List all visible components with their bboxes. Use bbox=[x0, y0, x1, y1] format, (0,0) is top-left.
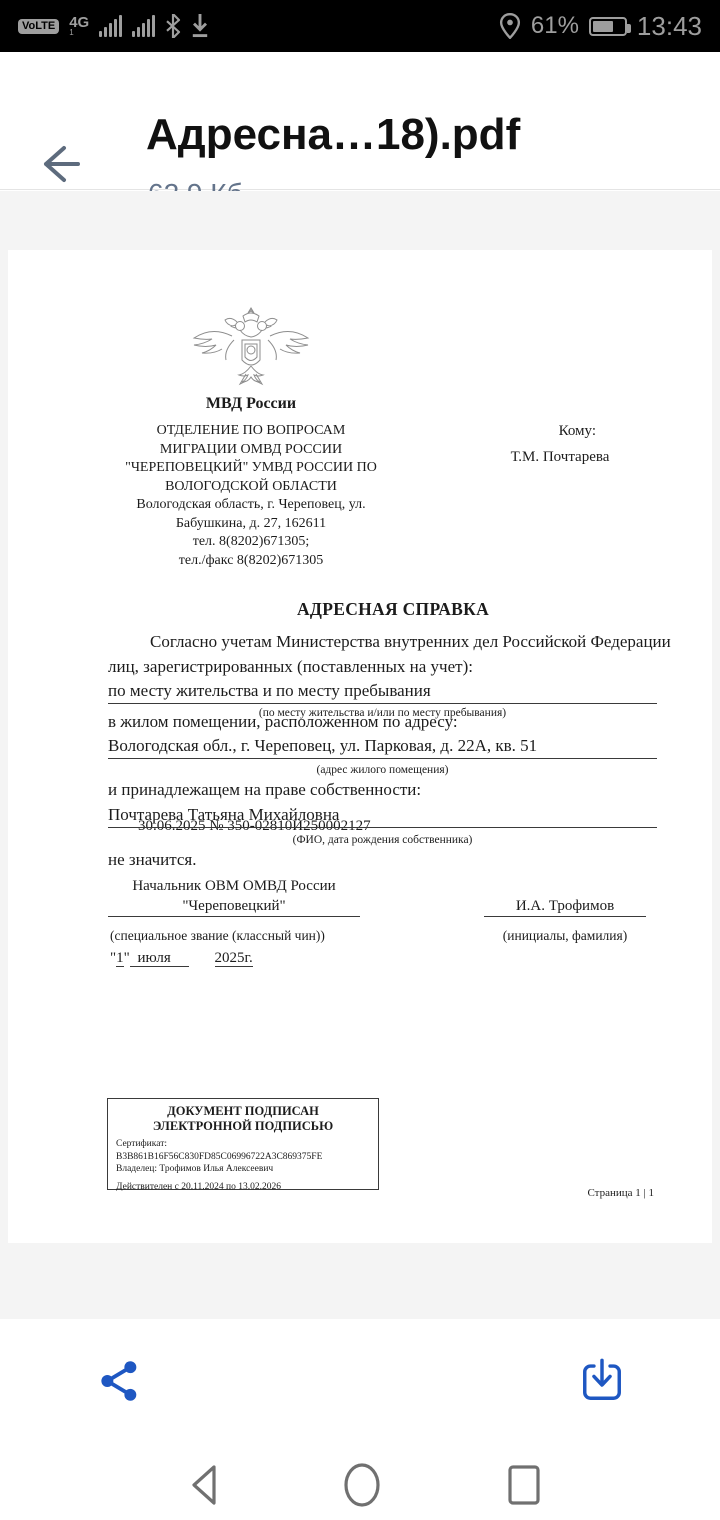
ownership-lead: и принадлежащем на праве собственности: bbox=[108, 780, 421, 800]
location-icon bbox=[499, 13, 521, 39]
signer-position: Начальник ОВМ ОМВД России "Череповецкий" bbox=[108, 874, 360, 917]
sender-line: МИГРАЦИИ ОМВД РОССИИ bbox=[96, 441, 406, 460]
sender-line: ВОЛОГОДСКОЙ ОБЛАСТИ bbox=[96, 478, 406, 497]
download-button[interactable] bbox=[570, 1349, 634, 1413]
address-value: Вологодская обл., г. Череповец, ул. Парк… bbox=[108, 736, 657, 759]
sender-line: Вологодская область, г. Череповец, ул. bbox=[96, 496, 406, 515]
signal-strength-icon-sim1 bbox=[99, 15, 122, 37]
result-text: не значится. bbox=[108, 850, 196, 870]
intro-line-2: лиц, зарегистрированных (поставленных на… bbox=[108, 657, 473, 677]
recipient-label: Кому: bbox=[438, 423, 596, 440]
share-button[interactable] bbox=[88, 1349, 152, 1413]
nav-home-icon bbox=[342, 1461, 382, 1509]
file-title: Адресна…18).pdf bbox=[146, 110, 706, 160]
letterhead-column: МВД России ОТДЕЛЕНИЕ ПО ВОПРОСАМ МИГРАЦИ… bbox=[96, 304, 406, 570]
pdf-page: МВД России ОТДЕЛЕНИЕ ПО ВОПРОСАМ МИГРАЦИ… bbox=[8, 250, 712, 1243]
signer-name: И.А. Трофимов bbox=[484, 874, 646, 917]
sender-line: ОТДЕЛЕНИЕ ПО ВОПРОСАМ bbox=[96, 422, 406, 441]
nav-back-icon bbox=[186, 1462, 220, 1508]
bottom-toolbar bbox=[0, 1319, 720, 1443]
mvd-eagle-emblem-icon bbox=[188, 304, 314, 392]
network-type-icon: 4G 1 bbox=[69, 15, 89, 37]
intro-line-1: Согласно учетам Министерства внутренних … bbox=[150, 632, 671, 652]
document-title: АДРЕСНАЯ СПРАВКА bbox=[108, 599, 678, 620]
emblem-caption: МВД России bbox=[96, 395, 406, 413]
registration-type-value: по месту жительства и по месту пребывани… bbox=[108, 681, 657, 704]
signature-date: "1" июля 2025г. bbox=[110, 950, 253, 967]
nav-recents-icon bbox=[507, 1464, 541, 1506]
signer-position-caption: (специальное звание (классный чин)) bbox=[110, 928, 325, 944]
screen: VoLTE 4G 1 61% 13:43 bbox=[0, 0, 720, 1520]
volte-icon: VoLTE bbox=[18, 19, 59, 34]
esign-cert-value: B3B861B16F56C830FD85C06996722A3C869375FE bbox=[116, 1151, 370, 1164]
sender-line: тел. 8(8202)671305; bbox=[96, 533, 406, 552]
premises-lead: в жилом помещении, расположенном по адре… bbox=[108, 712, 458, 732]
bluetooth-icon bbox=[165, 14, 181, 38]
back-arrow-icon[interactable] bbox=[34, 140, 82, 188]
signer-name-caption: (инициалы, фамилия) bbox=[484, 928, 646, 944]
address-caption: (адрес жилого помещения) bbox=[108, 764, 657, 776]
signal-strength-icon-sim2 bbox=[132, 15, 155, 37]
esign-validity: Действителен с 20.11.2024 по 13.02.2026 bbox=[116, 1182, 370, 1192]
clock: 13:43 bbox=[637, 11, 702, 42]
share-icon bbox=[97, 1358, 143, 1404]
app-header: Адресна…18).pdf 62,9 Кб bbox=[0, 52, 720, 190]
status-bar: VoLTE 4G 1 61% 13:43 bbox=[0, 0, 720, 52]
download-icon bbox=[579, 1358, 625, 1404]
battery-percent: 61% bbox=[531, 12, 579, 40]
sender-line: "ЧЕРЕПОВЕЦКИЙ" УМВД РОССИИ ПО bbox=[96, 459, 406, 478]
nav-home-button[interactable] bbox=[326, 1457, 398, 1513]
esign-cert-label: Сертификат: bbox=[116, 1138, 370, 1151]
recipient-name: Т.М. Почтарева bbox=[480, 449, 640, 466]
sender-line: тел./факс 8(8202)671305 bbox=[96, 552, 406, 571]
esign-title: ДОКУМЕНТ ПОДПИСАН ЭЛЕКТРОННОЙ ПОДПИСЬЮ bbox=[116, 1104, 370, 1134]
nav-back-button[interactable] bbox=[167, 1457, 239, 1513]
navigation-bar bbox=[0, 1443, 720, 1520]
sender-line: Бабушкина, д. 27, 162611 bbox=[96, 515, 406, 534]
sender-block: ОТДЕЛЕНИЕ ПО ВОПРОСАМ МИГРАЦИИ ОМВД РОСС… bbox=[96, 422, 406, 570]
esignature-stamp: ДОКУМЕНТ ПОДПИСАН ЭЛЕКТРОННОЙ ПОДПИСЬЮ С… bbox=[107, 1098, 379, 1190]
battery-icon bbox=[589, 17, 627, 36]
owner-caption: (ФИО, дата рождения собственника) bbox=[108, 834, 657, 846]
nav-recents-button[interactable] bbox=[488, 1457, 560, 1513]
owner-value: Почтарева Татьяна Михайловна bbox=[108, 805, 657, 828]
download-status-icon bbox=[191, 14, 209, 38]
pdf-viewer[interactable]: МВД России ОТДЕЛЕНИЕ ПО ВОПРОСАМ МИГРАЦИ… bbox=[0, 191, 720, 1319]
page-indicator: Страница 1 | 1 bbox=[488, 1187, 654, 1199]
esign-owner: Владелец: Трофимов Илья Алексеевич bbox=[116, 1163, 370, 1176]
